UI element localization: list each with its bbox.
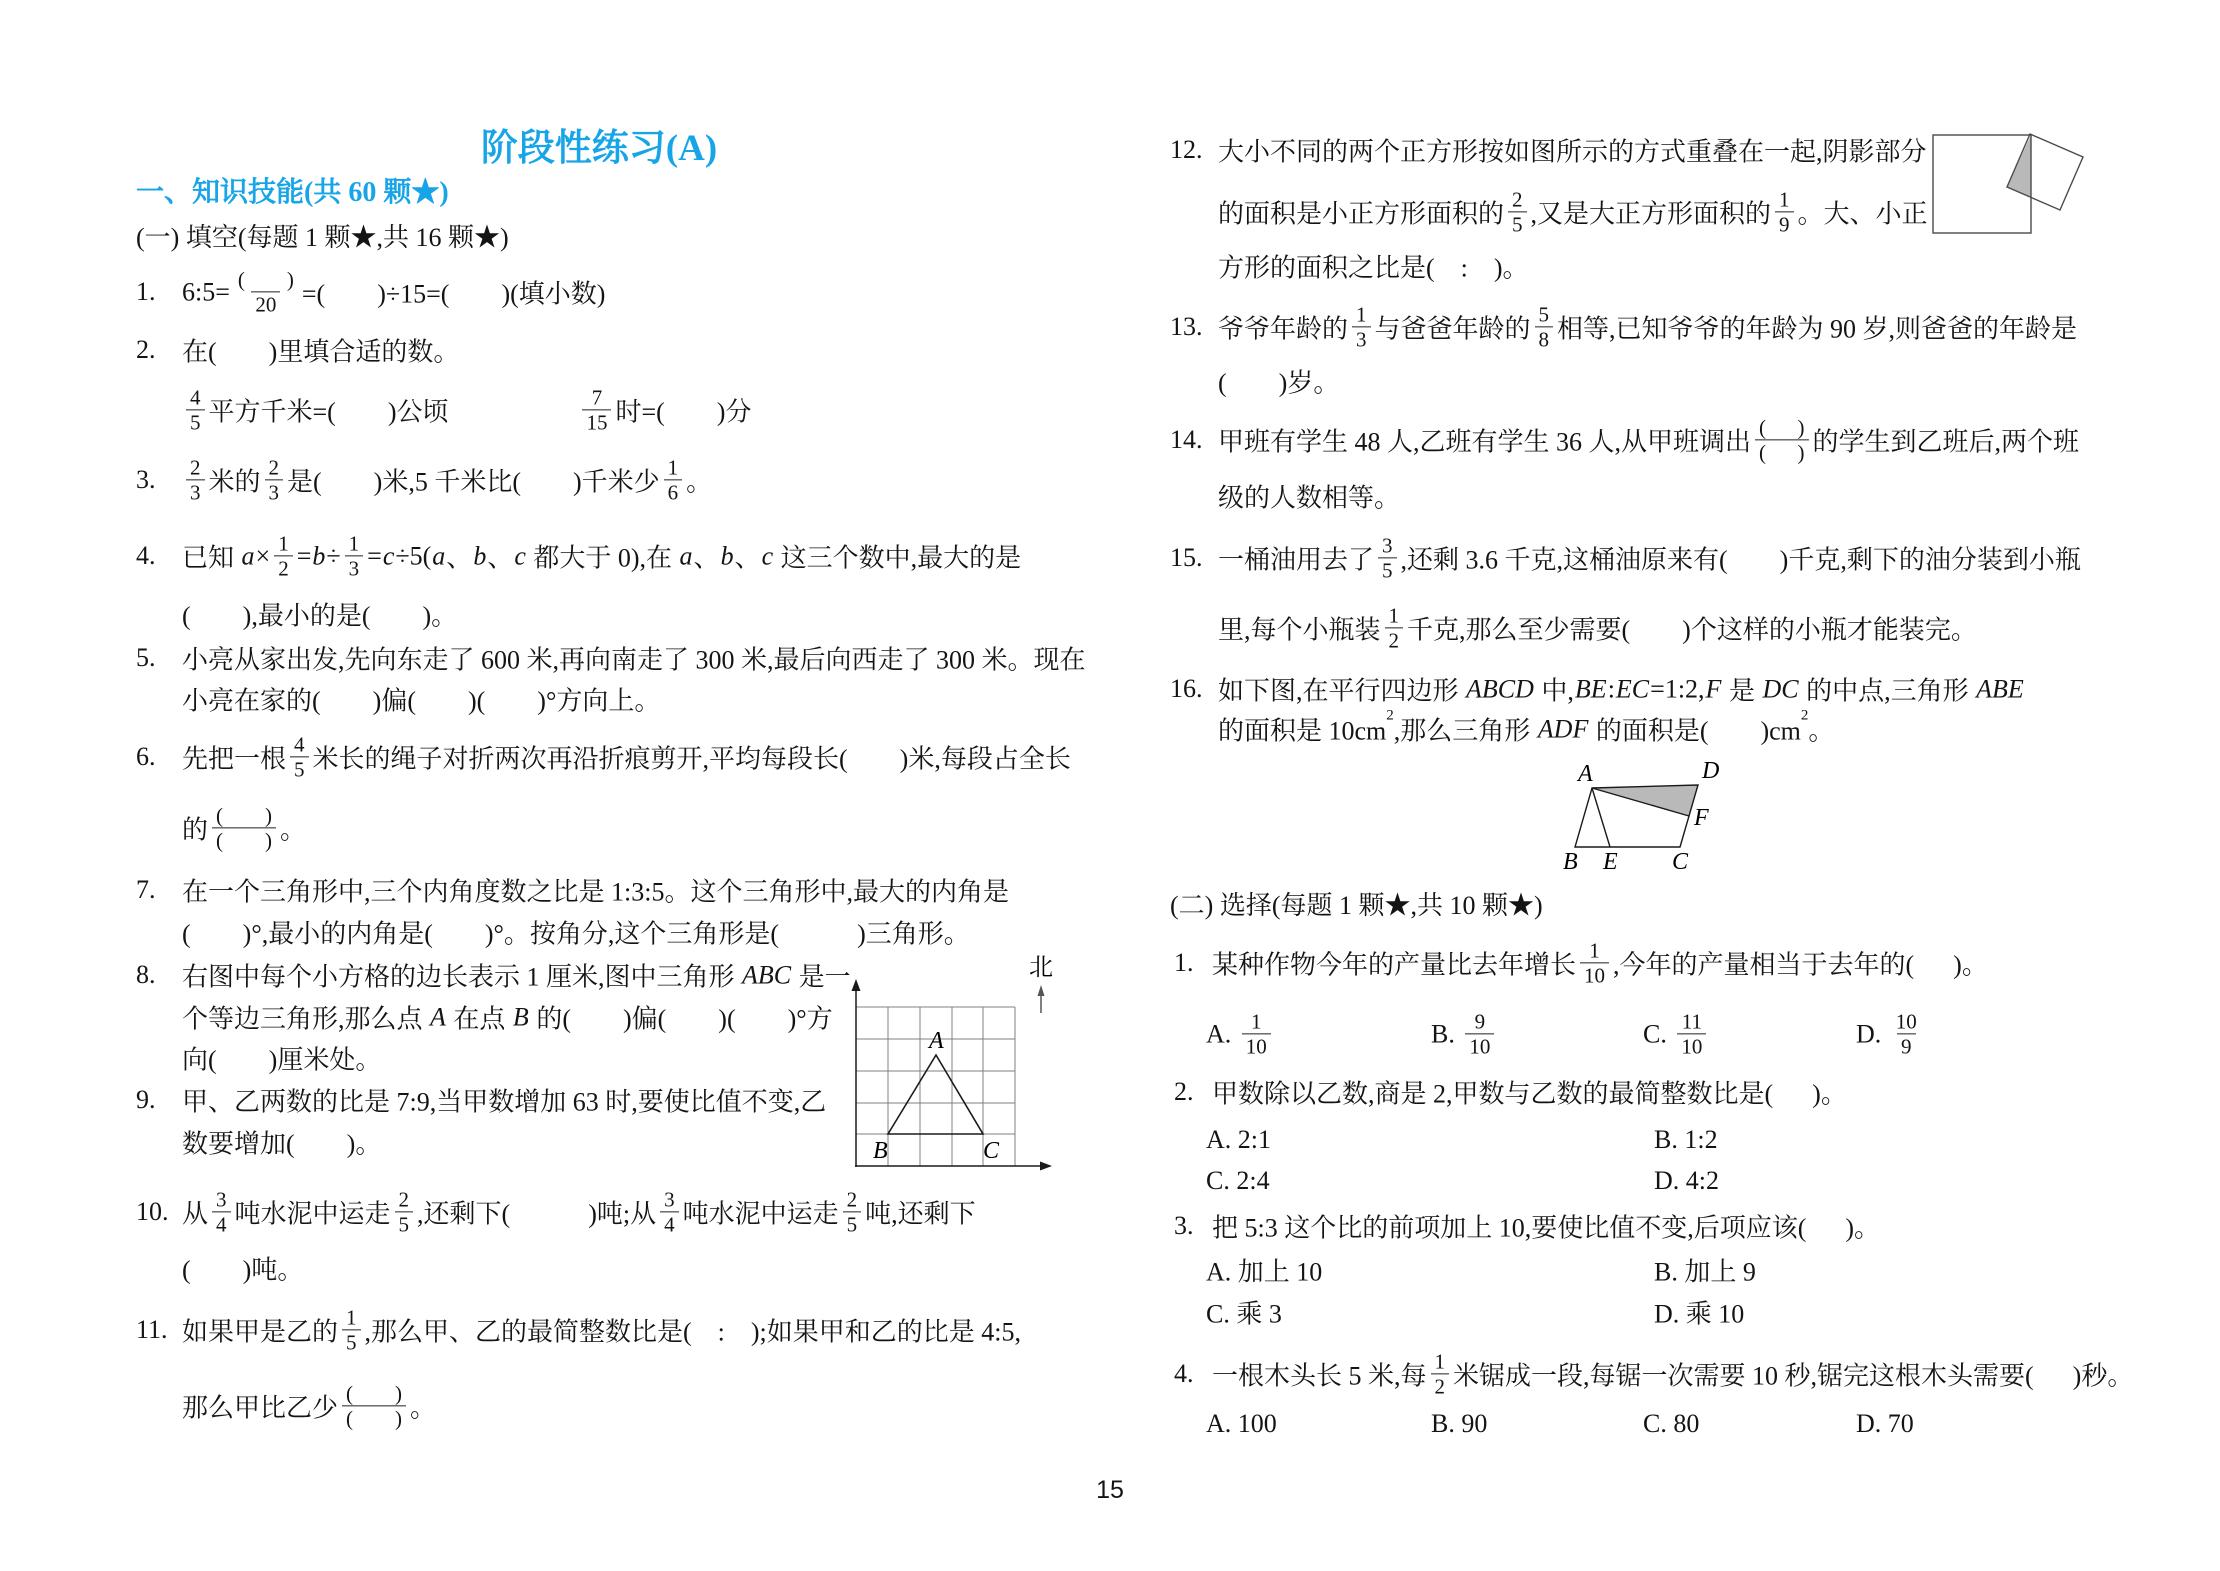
- fill-question-2-number: 2.: [136, 335, 156, 365]
- fill-question-4-line-1: 已知 a×12=b÷13=c÷5(a、b、c 都大于 0),在 a、b、c 这三…: [182, 531, 1021, 580]
- choice-question-4-option-B: B. 90: [1431, 1409, 1487, 1439]
- fill-question-5-line-1: 如下图,在平行四边形 ABCD 中,BE:EC=1:2,F 是 DC 的中点,三…: [1218, 671, 2025, 708]
- choice-question-3-option-B: D. 乘 10: [1654, 1294, 1744, 1331]
- para-label-a: A: [1576, 761, 1593, 787]
- fill-question-10-number: 10.: [136, 1197, 169, 1227]
- fill-question-1-number: 12.: [1170, 135, 1203, 165]
- choice-question-4-option-A: A. 100: [1206, 1409, 1277, 1439]
- fill-question-1-line-1: 6:5=( )20=( )÷15=( )(填小数): [182, 267, 605, 316]
- fill-question-8-line-2: 个等边三角形,那么点 A 在点 B 的( )偏( )( )°方: [182, 999, 833, 1036]
- choice-question-2-number: 2.: [1174, 1077, 1194, 1107]
- choice-question-3-option-A: C. 乘 3: [1206, 1294, 1282, 1331]
- fill-question-5-line-2: 小亮在家的( )偏( )( )°方向上。: [182, 681, 660, 718]
- fill-question-5-number: 16.: [1170, 674, 1203, 704]
- fill-question-6-line-1: 先把一根45米长的绳子对折两次再沿折痕剪开,平均每段长( )米,每段占全长: [182, 732, 1071, 781]
- fill-question-10-line-1: 从34吨水泥中运走25,还剩下( )吨;从34吨水泥中运走25吨,还剩下: [182, 1187, 976, 1236]
- fill-question-1-line-1: 大小不同的两个正方形按如图所示的方式重叠在一起,阴影部分: [1218, 132, 1927, 169]
- fill-question-7-line-1: 在一个三角形中,三个内角度数之比是 1:3:5。这个三角形中,最大的内角是: [182, 872, 1009, 909]
- section-heading-knowledge-skills: 一、知识技能(共 60 颗★): [136, 177, 449, 209]
- para-label-d: D: [1701, 758, 1719, 784]
- fill-question-4-number: 4.: [136, 541, 156, 571]
- fill-question-5-line-2: 的面积是 10cm2,那么三角形 ADF 的面积是( )cm2。: [1218, 711, 1834, 748]
- worksheet-page: 阶段性练习(A) 一、知识技能(共 60 颗★) (一) 填空(每题 1 颗★,…: [0, 0, 2220, 1571]
- fill-question-2-number: 13.: [1170, 312, 1203, 342]
- choice-question-4-number: 4.: [1174, 1359, 1194, 1389]
- page-title: 阶段性练习(A): [136, 126, 1062, 172]
- segment-ae: [1592, 788, 1610, 847]
- fill-question-3-number: 14.: [1170, 425, 1203, 455]
- fill-question-3-line-1: 甲班有学生 48 人,乙班有学生 36 人,从甲班调出( )( )的学生到乙班后…: [1218, 415, 2079, 464]
- fill-question-9-number: 9.: [136, 1085, 156, 1115]
- para-label-f: F: [1693, 805, 1709, 831]
- para-label-c: C: [1672, 849, 1689, 875]
- fill-question-4-number: 15.: [1170, 543, 1203, 573]
- fill-question-8-number: 8.: [136, 960, 156, 990]
- choice-question-3-options-row: C. 乘 3D. 乘 10: [1206, 1275, 2166, 1349]
- fill-question-1-line-2: 的面积是小正方形面积的25,又是大正方形面积的19。大、小正: [1218, 187, 1928, 236]
- choice-question-1-line-1: 某种作物今年的产量比去年增长110,今年的产量相当于去年的( )。: [1212, 938, 1988, 987]
- fill-question-4-line-2: 里,每个小瓶装12千克,那么至少需要( )个这样的小瓶才能装完。: [1218, 603, 1977, 652]
- fill-question-3-number: 3.: [136, 465, 156, 495]
- triangle-abc: [888, 1055, 983, 1134]
- y-axis-arrow-icon: [852, 979, 861, 991]
- fill-question-8-line-3: 向( )厘米处。: [182, 1040, 381, 1077]
- para-label-e: E: [1602, 849, 1618, 875]
- fill-question-11-line-1: 如果甲是乙的15,那么甲、乙的最简整数比是( : );如果甲和乙的比是 4:5,: [182, 1305, 1021, 1354]
- parallelogram-figure: A D B E C F: [1545, 745, 1775, 890]
- choice-question-3-number: 3.: [1174, 1211, 1194, 1241]
- shaded-triangle-adf: [1592, 785, 1698, 816]
- choice-question-1-number: 1.: [1174, 948, 1194, 978]
- fill-question-11-number: 11.: [136, 1315, 168, 1345]
- choice-question-4-options-row: A. 100B. 90C. 80D. 70: [1206, 1387, 2166, 1461]
- subsection-multiple-choice: (二) 选择(每题 1 颗★,共 10 颗★): [1170, 890, 1543, 922]
- fill-question-6-number: 6.: [136, 742, 156, 772]
- fill-question-3-line-2: 级的人数相等。: [1218, 478, 1400, 515]
- fill-question-4-line-2: ( ),最小的是( )。: [182, 596, 457, 633]
- fill-question-9-line-2: 数要增加( )。: [182, 1124, 381, 1161]
- fill-question-2-line-2: ( )岁。: [1218, 363, 1339, 400]
- north-label: 北: [1029, 955, 1053, 981]
- choice-question-4-option-C: C. 80: [1643, 1409, 1699, 1439]
- grid-triangle-figure: A B C 北: [845, 945, 1060, 1190]
- fill-question-9-line-1: 甲、乙两数的比是 7:9,当甲数增加 63 时,要使比值不变,乙: [182, 1082, 826, 1119]
- grid-label-b: B: [873, 1138, 888, 1164]
- para-label-b: B: [1563, 849, 1578, 875]
- fill-question-7-number: 7.: [136, 875, 156, 905]
- fill-question-10-line-2: ( )吨。: [182, 1250, 303, 1287]
- overlapping-squares-figure: [1928, 128, 2098, 253]
- fill-question-1-line-3: 方形的面积之比是( : )。: [1218, 248, 1529, 285]
- fill-question-2-line-1: 爷爷年龄的13与爸爸年龄的58相等,已知爷爷的年龄为 90 岁,则爸爸的年龄是: [1218, 302, 2077, 351]
- choice-question-1-option-B: B. 910: [1431, 1009, 1498, 1058]
- fill-question-3-line-1: 23米的23是( )米,5 千米比( )千米少16。: [182, 455, 712, 504]
- page-number: 15: [1040, 1476, 1180, 1505]
- shaded-overlap-region: [2007, 135, 2031, 197]
- choice-question-1-option-C: C. 1110: [1643, 1009, 1710, 1058]
- fill-question-6-line-2: 的( )( )。: [182, 803, 306, 852]
- x-axis-arrow-icon: [1040, 1162, 1052, 1171]
- choice-question-1-options-row: A. 110B. 910C. 1110D. 109: [1206, 997, 2166, 1071]
- choice-question-1-option-D: D. 109: [1856, 1009, 1925, 1058]
- fill-question-2-line-2: 45平方千米=( )公顷715时=( )分: [182, 385, 751, 434]
- grid-label-c: C: [983, 1138, 1000, 1164]
- fill-question-8-line-1: 右图中每个小方格的边长表示 1 厘米,图中三角形 ABC 是一: [182, 957, 851, 994]
- fill-question-2-line-1: 在( )里填合适的数。: [182, 332, 459, 369]
- choice-question-2-option-B: D. 4:2: [1654, 1166, 1719, 1196]
- fill-question-5-line-1: 小亮从家出发,先向东走了 600 米,再向南走了 300 米,最后向西走了 30…: [182, 640, 1086, 677]
- subsection-fill-in-blanks: (一) 填空(每题 1 颗★,共 16 颗★): [136, 222, 509, 254]
- fill-question-1-number: 1.: [136, 277, 156, 307]
- fill-question-5-number: 5.: [136, 643, 156, 673]
- fill-question-4-line-1: 一桶油用去了35,还剩 3.6 千克,这桶油原来有( )千克,剩下的油分装到小瓶: [1218, 533, 2081, 582]
- fill-question-11-line-2: 那么甲比乙少( )( )。: [182, 1381, 436, 1430]
- grid-label-a: A: [927, 1028, 944, 1054]
- choice-question-1-option-A: A. 110: [1206, 1009, 1275, 1058]
- choice-question-2-option-A: C. 2:4: [1206, 1166, 1270, 1196]
- choice-question-4-option-D: D. 70: [1856, 1409, 1914, 1439]
